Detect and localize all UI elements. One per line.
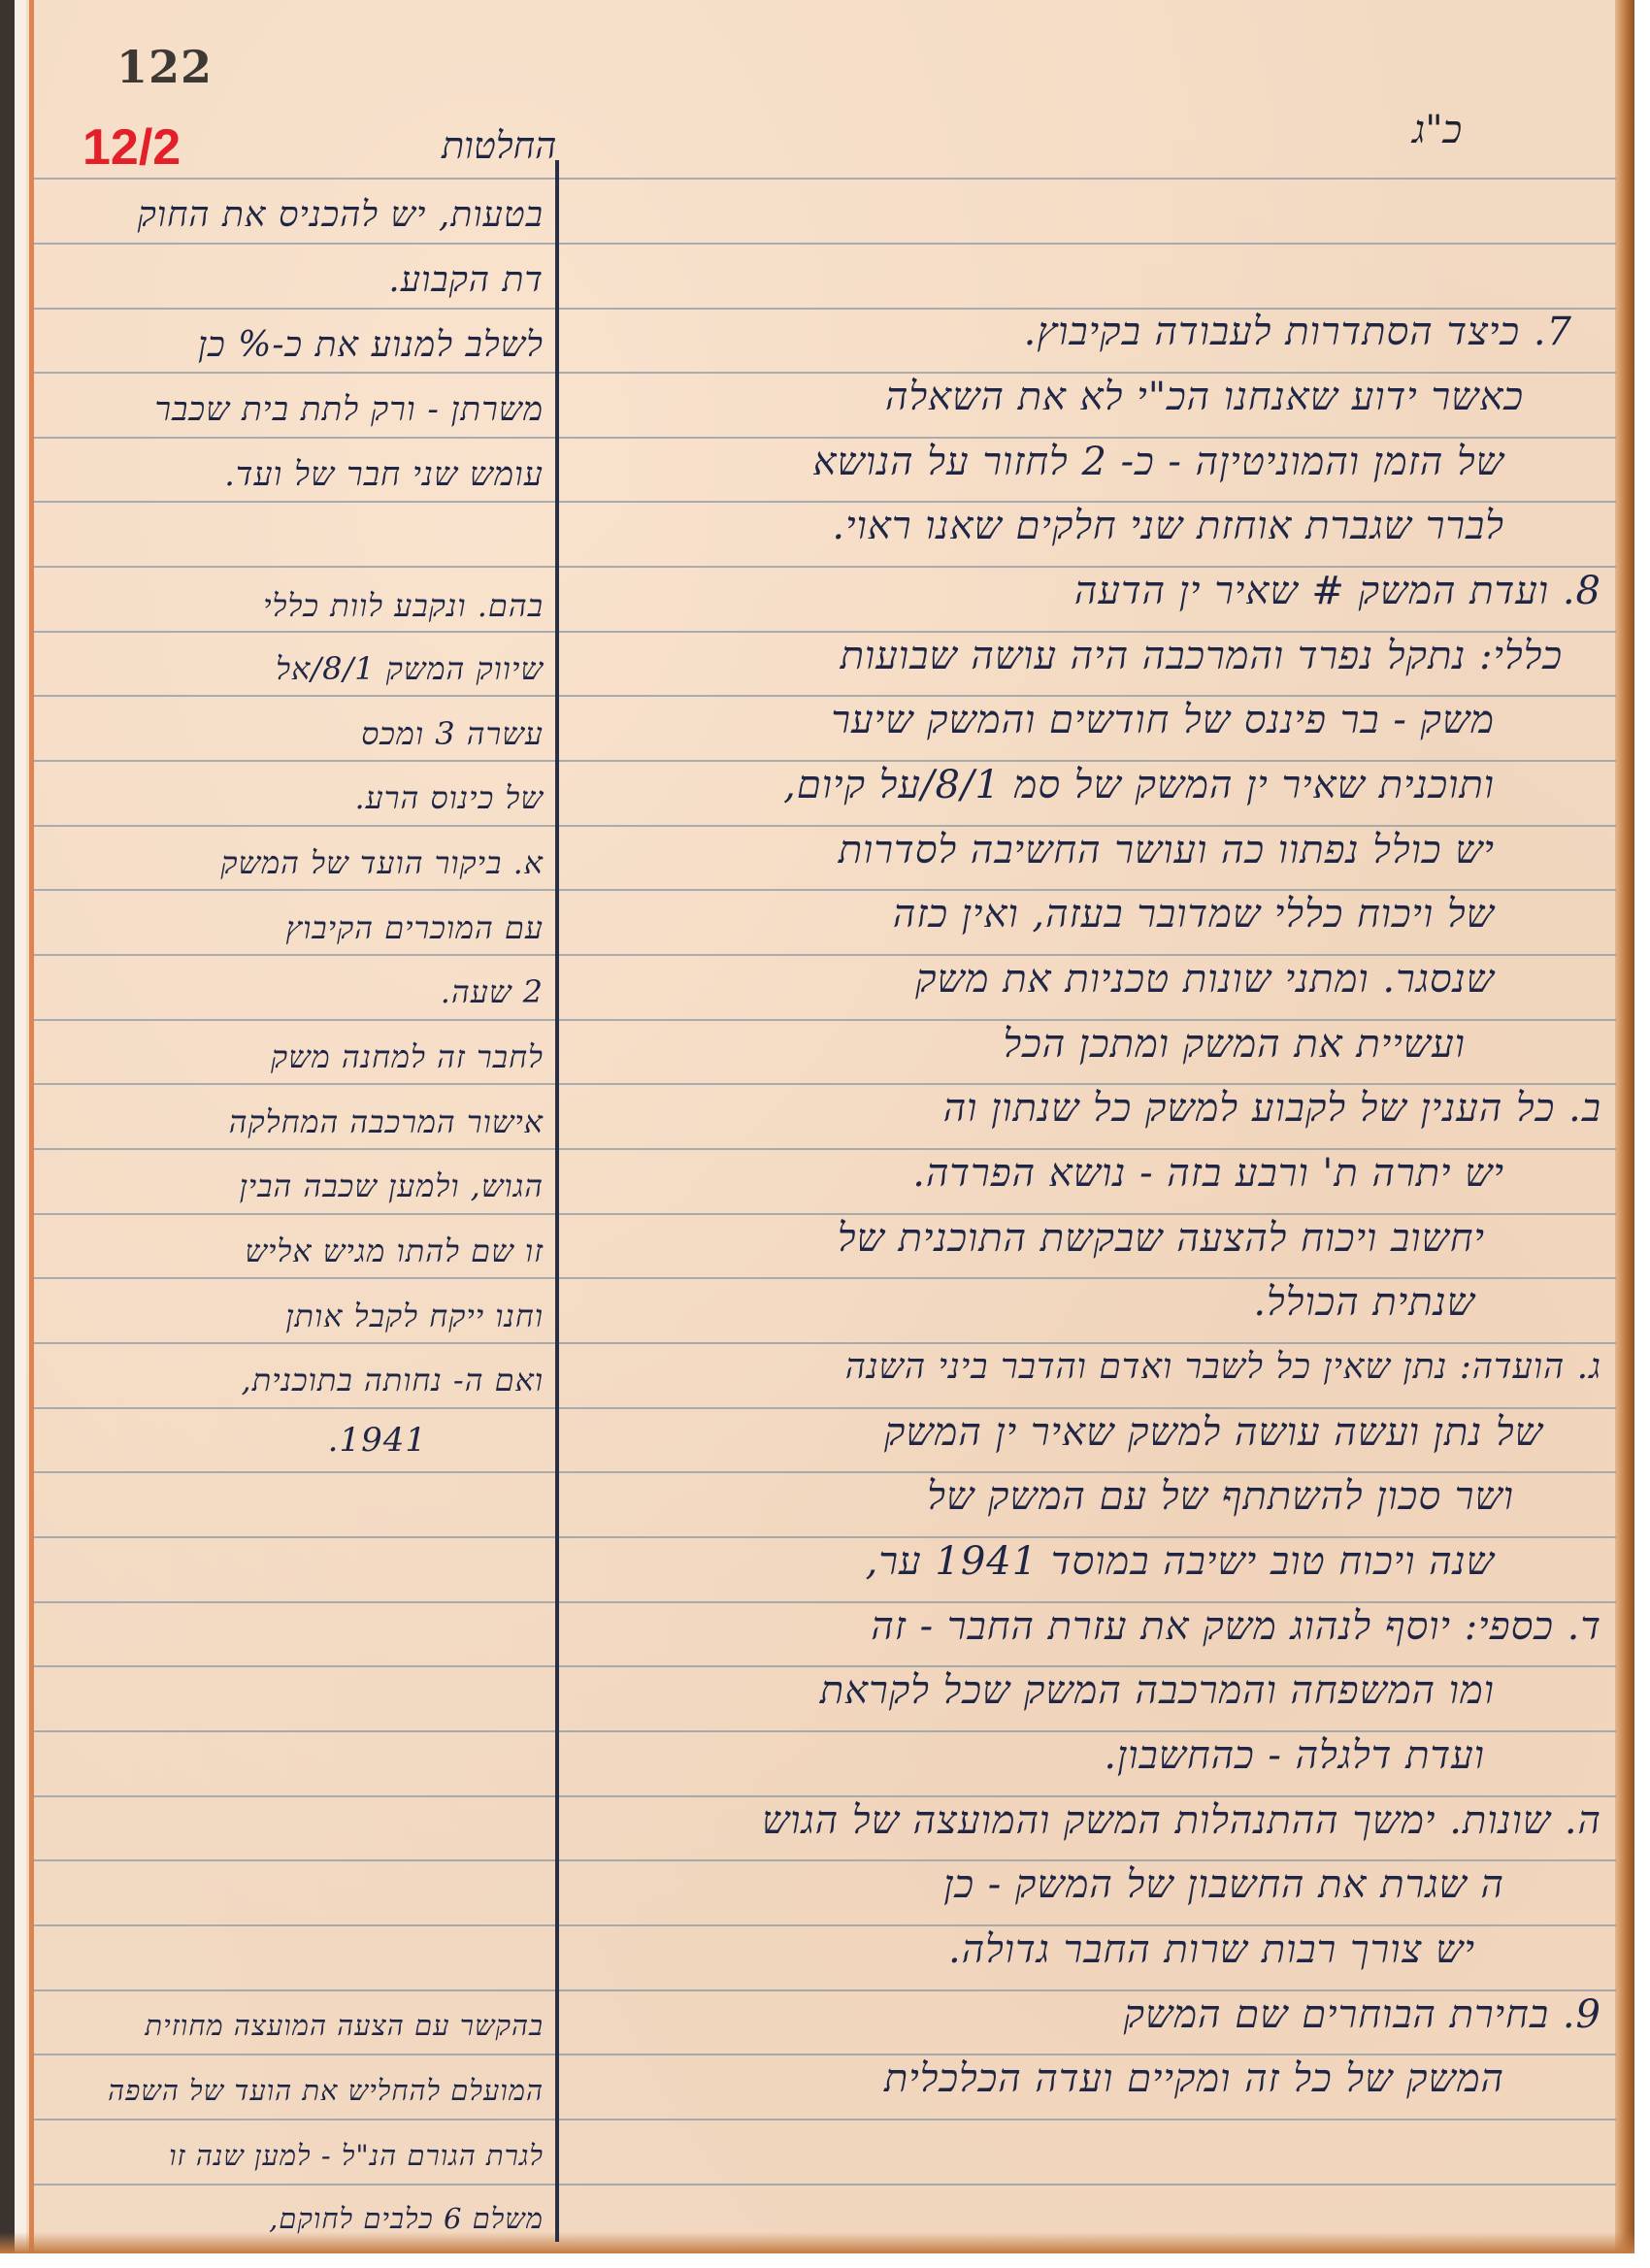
page-number-stamp: 122 <box>116 41 213 93</box>
handwritten-line: לגרת הגורם הנ"ל - למען שנה זו <box>169 2132 544 2179</box>
handwritten-line: יש יתרה ת' ורבע בזה - נושא הפרדה. <box>912 1150 1504 1197</box>
handwritten-line: כללי: נתקל נפרד והמרכבה היה עושה שבועות <box>841 633 1563 679</box>
page-edge-right <box>1615 0 1634 2253</box>
notebook-page: 122 12/2 כ"ג החלטות בטעות, יש להכניס את … <box>0 0 1634 2253</box>
sub-item-line: ד. כספי: יוסף לנהוג משק את עזרת החבר - ז… <box>871 1603 1601 1650</box>
ruled-line <box>34 178 1616 180</box>
handwritten-line: א. ביקור הועד של המשק <box>220 839 544 886</box>
sub-item-line: ב. כל הענין של לקבוע למשק כל שנתון וה <box>943 1085 1601 1132</box>
handwritten-line: של נתן ועשה עושה למשק שאיר ין המשק <box>884 1409 1543 1456</box>
ruled-line <box>34 2184 1616 2186</box>
handwritten-line: זו שם להתו מגיש אליש <box>245 1228 544 1274</box>
item-7-line: 7. כיצד הסתדרות לעבודה בקיבוץ. <box>1024 309 1572 355</box>
margin-line <box>29 0 34 2253</box>
handwritten-line: משלם 6 כלבים לחוקם, <box>269 2195 544 2242</box>
handwritten-line: יש כולל נפתוו כה ועושר החשיבה לסדרות <box>839 827 1495 873</box>
handwritten-text: כספי: יוסף לנהוג משק את עזרת החבר - זה <box>871 1604 1554 1649</box>
handwritten-line: הגוש, ולמען שכבה הבין <box>240 1163 544 1209</box>
handwritten-line: עם המוכרים הקיבוץ <box>285 904 544 951</box>
item-heading: ועדת המשק # שאיר ין הדעה <box>1074 569 1549 613</box>
handwritten-line: משק - בר פיננס של חודשים והמשק שיער <box>831 697 1495 743</box>
handwritten-line: המועלם להחליש את הועד של השפה <box>108 2067 544 2114</box>
handwritten-line: ועשיית את המשק ומתכן הכל <box>1004 1021 1466 1068</box>
handwritten-text: הועדה: נתן שאין כל לשבר ואדם והדבר ביני … <box>845 1347 1565 1387</box>
handwritten-line: 2 שעה. <box>441 969 544 1015</box>
item-number: 8. <box>1563 569 1601 613</box>
item-9-line: 9. בחירת הבוחרים שם המשק <box>1124 1991 1601 2038</box>
handwritten-line: עשרה 3 ומכס <box>361 710 544 757</box>
handwritten-line: לשלב למנוע את כ-% כן <box>198 322 544 369</box>
handwritten-line: דת הקבוע. <box>388 257 544 304</box>
handwritten-line: וחנו ייקח לקבל אותן <box>285 1293 544 1339</box>
ruled-line <box>34 243 1616 245</box>
handwritten-line: לחבר זה למחנה משק <box>271 1034 544 1080</box>
handwritten-line: אישור המרכבה המחלקה <box>229 1099 544 1145</box>
item-number: 7. <box>1534 310 1572 354</box>
column-divider <box>555 160 559 2242</box>
corner-mark: כ"ג <box>1412 107 1462 152</box>
handwritten-line: ושר סכון להשתתף של עם המשק של <box>927 1473 1514 1520</box>
handwritten-text: כל הענין של לקבוע למשק כל שנתון וה <box>943 1086 1556 1131</box>
handwritten-line: של הזמן והמוניטיןה - כ- 2 לחזור על הנושא <box>813 439 1504 485</box>
handwritten-line: שנה ויכוח טוב ישיבה במוסד 1941 ער, <box>866 1538 1495 1585</box>
item-heading: כיצד הסתדרות לעבודה בקיבוץ. <box>1024 310 1520 354</box>
sub-item-line: ג. הועדה: נתן שאין כל לשבר ואדם והדבר בי… <box>845 1344 1601 1391</box>
sub-item-line: ה. שונות. ימשך ההתנהלות המשק והמועצה של … <box>762 1797 1601 1844</box>
handwritten-line: המשק של כל זה ומקיים ועדה הכלכלית <box>884 2055 1504 2102</box>
page-edge-bottom <box>0 2232 1634 2253</box>
handwritten-line: של ויכוח כללי שמדובר בעזה, ואין כזה <box>893 891 1495 937</box>
item-number: ד. <box>1567 1604 1601 1649</box>
handwritten-line: ה שגרת את החשבון של המשק - כן <box>943 1861 1504 1908</box>
handwritten-line: משרתן - ורק לתת בית שכבר <box>154 386 544 433</box>
red-annotation-label: 12/2 <box>82 118 181 177</box>
item-number: 9. <box>1563 1992 1601 2037</box>
handwritten-line: בהם. ונקבע לוות כללי <box>263 582 544 629</box>
item-number: ה. <box>1565 1798 1601 1843</box>
handwritten-line: ועדת דלגלה - כהחשבון. <box>1104 1732 1485 1779</box>
book-binding <box>0 0 15 2253</box>
handwritten-line: שנסגר. ומתני שונות טכניות את משק <box>915 956 1495 1003</box>
handwritten-line: לברר שגברת אוחזת שני חלקים שאנו ראוי. <box>832 503 1504 549</box>
handwritten-line: ואם ה- נחותה בתוכנית, <box>242 1357 544 1403</box>
handwritten-line: עומש שני חבר של ועד. <box>224 451 544 498</box>
handwritten-line: ומו המשפחה והמרכבה המשק שכל לקראת <box>820 1667 1495 1714</box>
handwritten-line: ותוכנית שאיר ין המשק של סמ 8/1/על קיום, <box>783 762 1495 808</box>
binding-gap <box>15 0 26 2253</box>
handwritten-line: כאשר ידוע שאנחנו הכ"י לא את השאלה <box>885 374 1524 420</box>
item-number: ג. <box>1577 1347 1601 1387</box>
item-8-line: 8. ועדת המשק # שאיר ין הדעה <box>1074 568 1601 614</box>
handwritten-line: יש צורך רבות שרות החבר גדולה. <box>948 1926 1475 1973</box>
handwritten-year: 1941. <box>328 1417 427 1463</box>
handwritten-line: שנתית הכולל. <box>1253 1279 1475 1326</box>
handwritten-line: שיווק המשק 8/1/אל <box>276 645 544 692</box>
handwritten-line: יחשוב ויכוח להצעה שבקשת התוכנית של <box>838 1215 1485 1262</box>
item-heading: בחירת הבוחרים שם המשק <box>1124 1992 1550 2037</box>
handwritten-text: שונות. ימשך ההתנהלות המשק והמועצה של הגו… <box>762 1798 1551 1843</box>
ruled-line <box>34 2119 1616 2120</box>
handwritten-line: בטעות, יש להכניס את החוק <box>138 192 544 239</box>
handwritten-line: בהקשר עם הצעה המועצה מחוזית <box>145 2002 544 2049</box>
left-column-heading: החלטות <box>442 124 556 168</box>
item-number: ב. <box>1568 1086 1601 1131</box>
handwritten-line: של כינוס הרע. <box>354 774 544 821</box>
